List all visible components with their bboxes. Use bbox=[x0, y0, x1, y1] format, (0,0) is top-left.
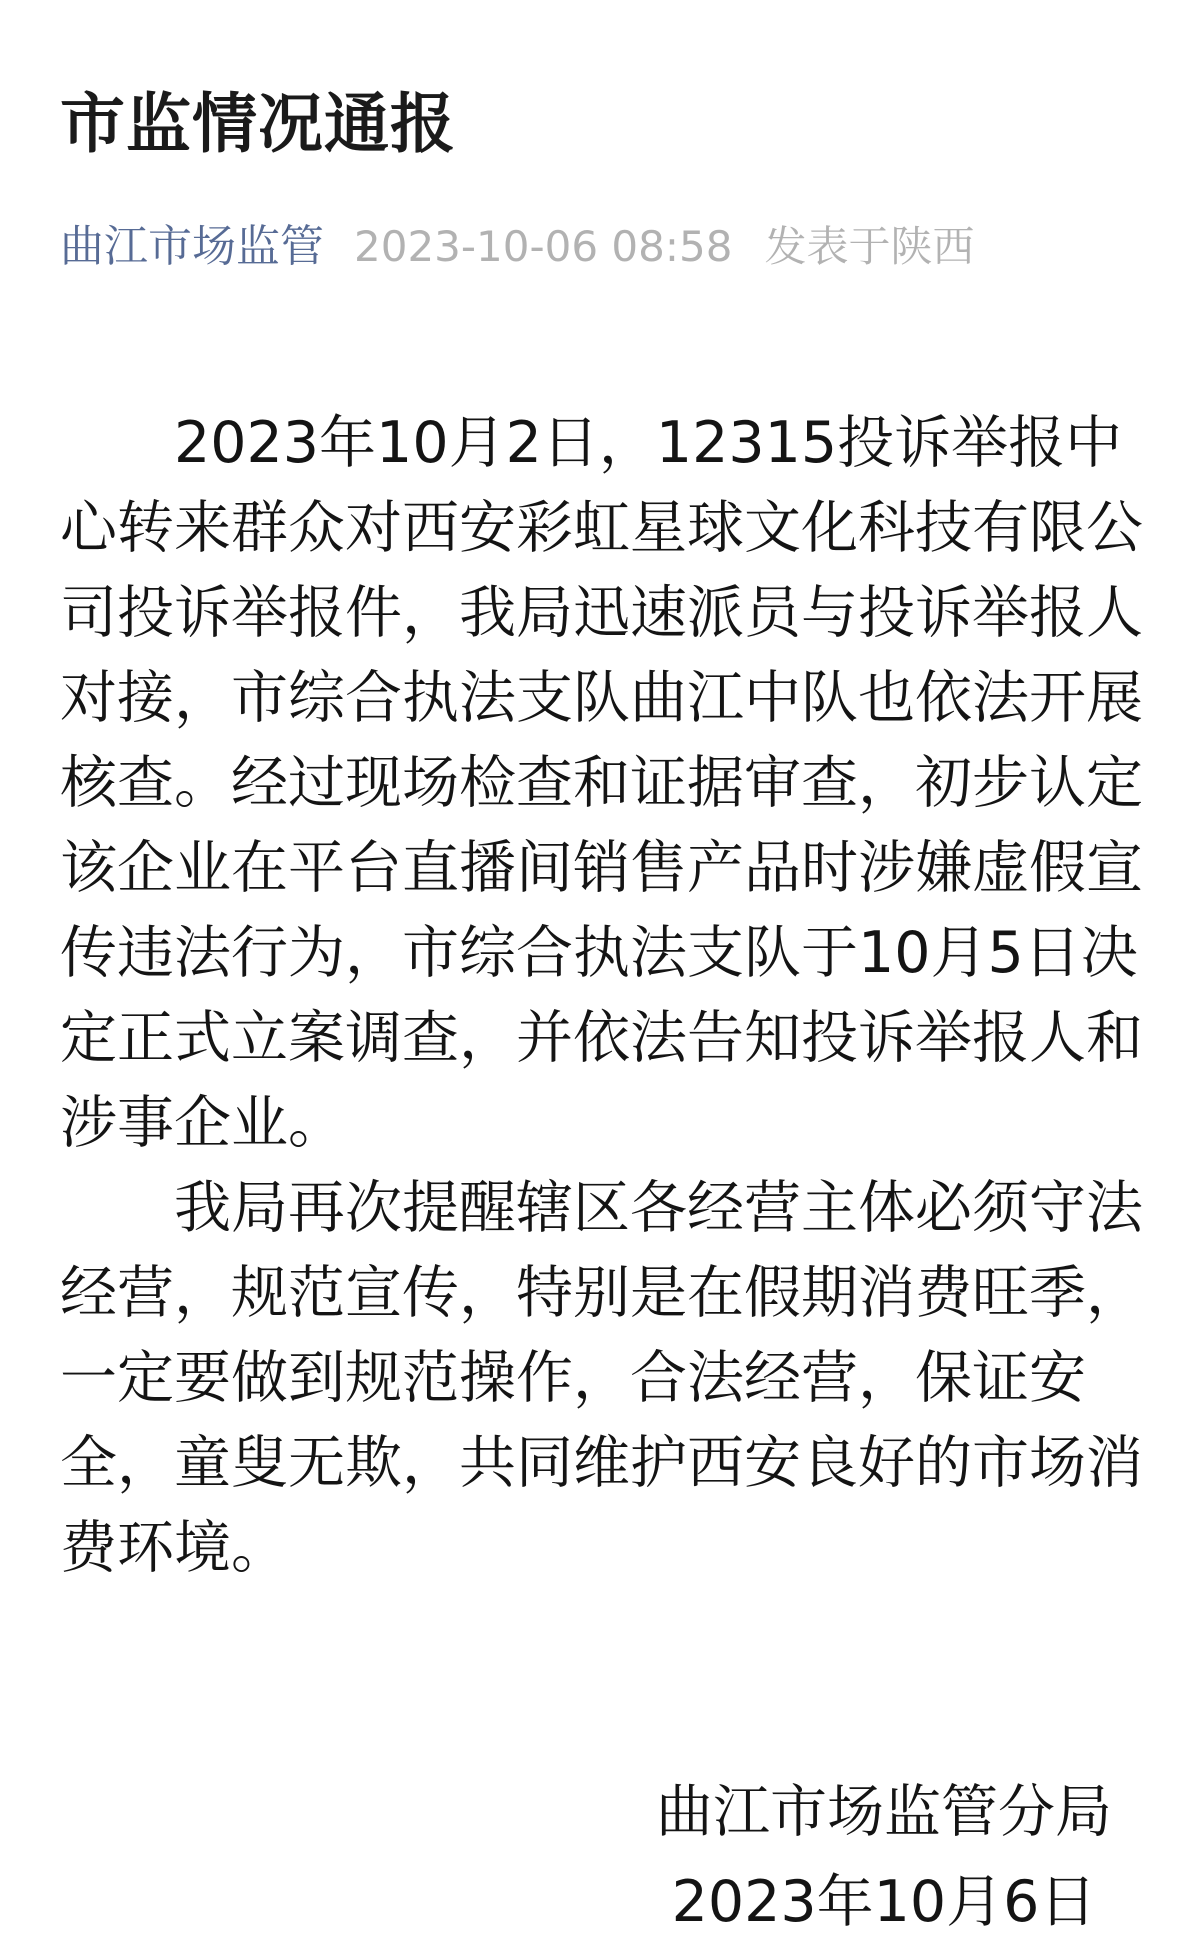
signature-inner: 曲江市场监管分局 2023年10月6日 bbox=[656, 1767, 1112, 1946]
body-paragraph: 2023年10月2日，12315投诉举报中心转来群众对西安彩虹星球文化科技有限公… bbox=[60, 401, 1148, 1166]
signature-org: 曲江市场监管分局 bbox=[656, 1767, 1112, 1857]
signature-date: 2023年10月6日 bbox=[656, 1857, 1112, 1946]
publish-time: 2023-10-06 08:58 bbox=[354, 222, 732, 271]
signature-block: 曲江市场监管分局 2023年10月6日 bbox=[0, 1767, 1200, 1946]
article-meta: 曲江市场监管2023-10-06 08:58发表于陕西 bbox=[60, 225, 1148, 269]
article-body: 2023年10月2日，12315投诉举报中心转来群众对西安彩虹星球文化科技有限公… bbox=[60, 401, 1148, 1591]
account-name-link[interactable]: 曲江市场监管 bbox=[60, 221, 324, 272]
publish-location: 发表于陕西 bbox=[764, 222, 974, 271]
article-page: 市监情况通报 曲江市场监管2023-10-06 08:58发表于陕西 2023年… bbox=[0, 0, 1200, 1946]
body-paragraph: 我局再次提醒辖区各经营主体必须守法经营，规范宣传，特别是在假期消费旺季，一定要做… bbox=[60, 1166, 1148, 1591]
article-title: 市监情况通报 bbox=[0, 44, 1200, 157]
